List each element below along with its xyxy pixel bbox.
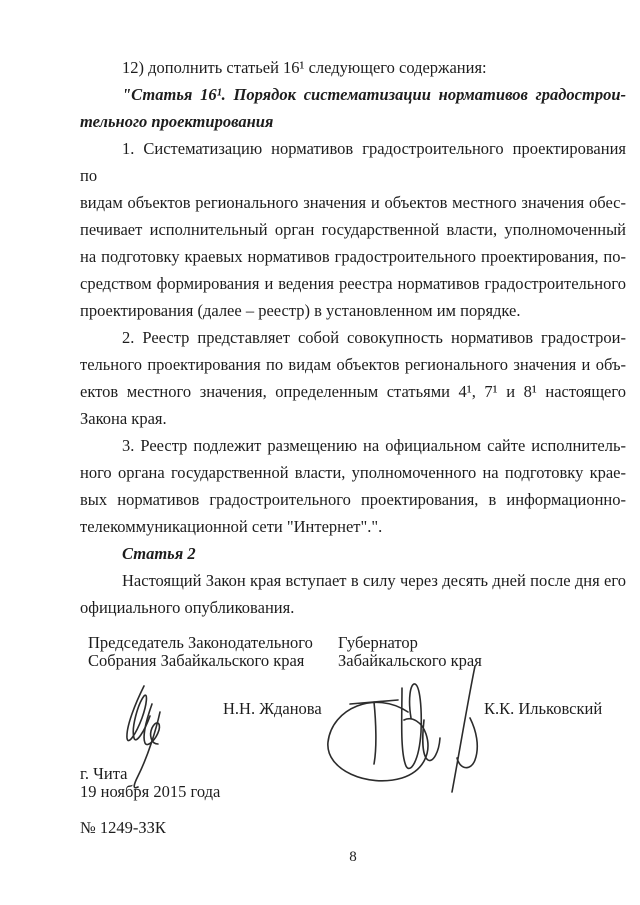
text-line: 1. Систематизацию нормативов градостроит… [80,135,626,189]
text-line: вых нормативов градостроительного проект… [80,486,626,513]
text-line: 3. Реестр подлежит размещению на официал… [80,432,626,459]
amendment-intro-line: 12) дополнить статьей 16¹ следующего сод… [80,54,626,81]
chairman-title-line2: Собрания Забайкальского края [88,652,313,670]
city-label: г. Чита [80,765,220,783]
text-line: 2. Реестр представляет собой совокупност… [80,324,626,351]
text-line: ного органа государственной власти, упол… [80,459,626,486]
governor-title-line1: Губернатор [338,634,482,652]
governor-name: К.К. Ильковский [484,700,602,718]
page-number: 8 [80,849,626,866]
text-line: Закона края. [80,405,626,432]
article-16-heading-line2: тельного проектирования [80,108,626,135]
text-line: официального опубликования. [80,594,626,621]
text-line: Настоящий Закон края вступает в силу чер… [80,567,626,594]
chairman-name: Н.Н. Жданова [223,700,322,718]
place-and-date: г. Чита 19 ноября 2015 года [80,765,220,800]
article-16-heading-line1: "Статья 16¹. Порядок систематизации норм… [80,81,626,108]
chairman-title: Председатель Законодательного Собрания З… [88,634,313,669]
text-line: телекоммуникационной сети "Интернет".". [80,513,626,540]
signature-ilkovskiy-icon [320,658,482,798]
text-line: средством формирования и ведения реестра… [80,270,626,297]
date-label: 19 ноября 2015 года [80,783,220,801]
document-number: № 1249-ЗЗК [80,819,166,837]
law-document-page: 12) дополнить статьей 16¹ следующего сод… [0,0,640,905]
text-line: печивает исполнительный орган государств… [80,216,626,243]
text-line: тельного проектирования по видам объекто… [80,351,626,378]
text-line: на подготовку краевых нормативов градост… [80,243,626,270]
document-body: 12) дополнить статьей 16¹ следующего сод… [80,54,626,621]
chairman-title-line1: Председатель Законодательного [88,634,313,652]
text-line: видам объектов регионального значения и … [80,189,626,216]
text-line: ектов местного значения, определенным ст… [80,378,626,405]
text-line: проектирования (далее – реестр) в устано… [80,297,626,324]
article-2-heading: Статья 2 [80,540,626,567]
